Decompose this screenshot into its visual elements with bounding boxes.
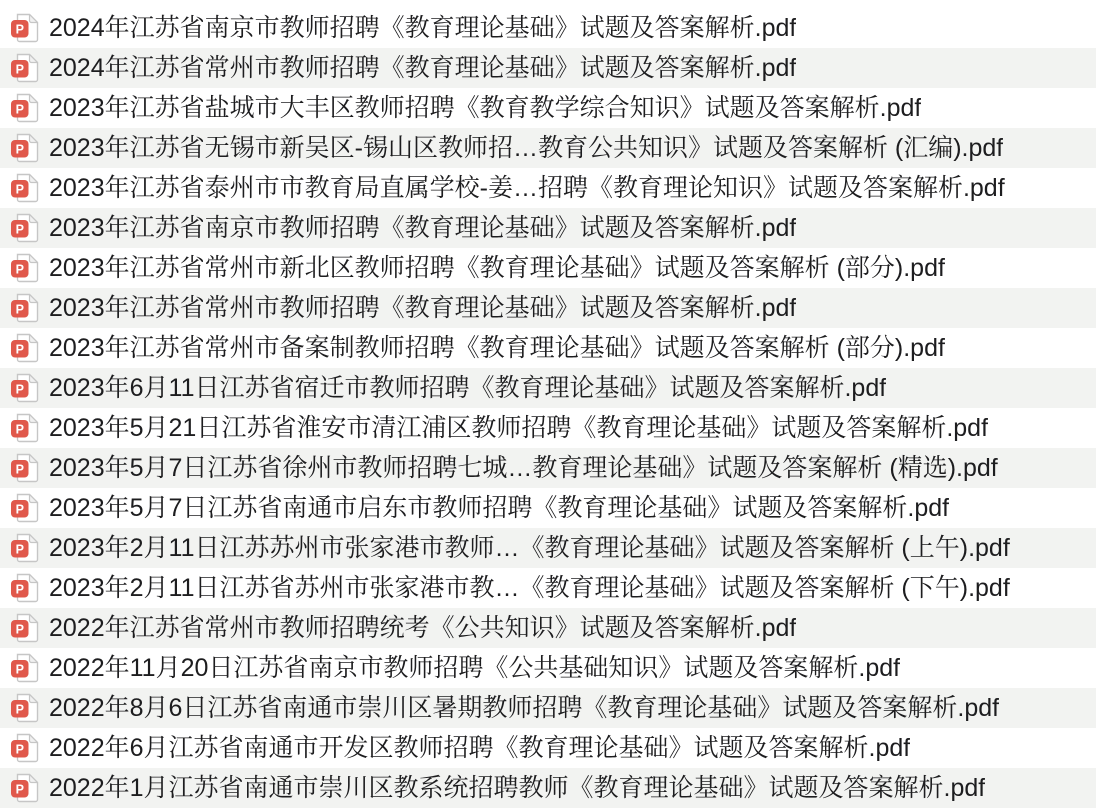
- file-row[interactable]: P 2022年1月江苏省南通市崇川区教系统招聘教师《教育理论基础》试题及答案解析…: [0, 768, 1096, 808]
- file-row[interactable]: P 2023年江苏省盐城市大丰区教师招聘《教育教学综合知识》试题及答案解析.pd…: [0, 88, 1096, 128]
- file-row[interactable]: P 2024年江苏省常州市教师招聘《教育理论基础》试题及答案解析.pdf: [0, 48, 1096, 88]
- file-name: 2023年江苏省无锡市新吴区-锡山区教师招…教育公共知识》试题及答案解析 (汇编…: [49, 128, 1003, 168]
- svg-text:P: P: [16, 103, 24, 117]
- pdf-file-icon: P: [10, 53, 40, 83]
- pdf-file-icon: P: [10, 293, 40, 323]
- pdf-file-icon: P: [10, 773, 40, 803]
- pdf-file-icon: P: [10, 213, 40, 243]
- pdf-file-icon: P: [10, 373, 40, 403]
- svg-text:P: P: [16, 63, 24, 77]
- file-name: 2023年5月7日江苏省南通市启东市教师招聘《教育理论基础》试题及答案解析.pd…: [49, 488, 949, 528]
- file-name: 2023年2月11日江苏省苏州市张家港市教…《教育理论基础》试题及答案解析 (下…: [49, 568, 1010, 608]
- file-name: 2023年5月21日江苏省淮安市清江浦区教师招聘《教育理论基础》试题及答案解析.…: [49, 408, 988, 448]
- file-name: 2023年江苏省常州市备案制教师招聘《教育理论基础》试题及答案解析 (部分).p…: [49, 328, 945, 368]
- pdf-file-icon: P: [10, 533, 40, 563]
- pdf-file-icon: P: [10, 493, 40, 523]
- file-name: 2022年江苏省常州市教师招聘统考《公共知识》试题及答案解析.pdf: [49, 608, 796, 648]
- pdf-file-icon: P: [10, 613, 40, 643]
- file-name: 2023年6月11日江苏省宿迁市教师招聘《教育理论基础》试题及答案解析.pdf: [49, 368, 886, 408]
- file-name: 2023年江苏省泰州市市教育局直属学校-姜…招聘《教育理论知识》试题及答案解析.…: [49, 168, 1005, 208]
- pdf-file-icon: P: [10, 573, 40, 603]
- file-name: 2022年6月江苏省南通市开发区教师招聘《教育理论基础》试题及答案解析.pdf: [49, 728, 910, 768]
- file-name: 2022年1月江苏省南通市崇川区教系统招聘教师《教育理论基础》试题及答案解析.p…: [49, 768, 985, 808]
- file-row[interactable]: P 2023年江苏省常州市备案制教师招聘《教育理论基础》试题及答案解析 (部分)…: [0, 328, 1096, 368]
- svg-text:P: P: [16, 343, 24, 357]
- svg-text:P: P: [16, 303, 24, 317]
- svg-text:P: P: [16, 383, 24, 397]
- file-name: 2022年8月6日江苏省南通市崇川区暑期教师招聘《教育理论基础》试题及答案解析.…: [49, 688, 999, 728]
- pdf-file-icon: P: [10, 413, 40, 443]
- file-row[interactable]: P 2023年6月11日江苏省宿迁市教师招聘《教育理论基础》试题及答案解析.pd…: [0, 368, 1096, 408]
- svg-text:P: P: [16, 223, 24, 237]
- pdf-file-icon: P: [10, 333, 40, 363]
- svg-text:P: P: [16, 143, 24, 157]
- file-name: 2023年5月7日江苏省徐州市教师招聘七城…教育理论基础》试题及答案解析 (精选…: [49, 448, 998, 488]
- file-name: 2023年江苏省南京市教师招聘《教育理论基础》试题及答案解析.pdf: [49, 208, 796, 248]
- svg-text:P: P: [16, 463, 24, 477]
- pdf-file-icon: P: [10, 253, 40, 283]
- svg-text:P: P: [16, 23, 24, 37]
- file-row[interactable]: P 2023年2月11日江苏苏州市张家港市教师…《教育理论基础》试题及答案解析 …: [0, 528, 1096, 568]
- svg-text:P: P: [16, 703, 24, 717]
- pdf-file-icon: P: [10, 133, 40, 163]
- file-row[interactable]: P 2023年江苏省无锡市新吴区-锡山区教师招…教育公共知识》试题及答案解析 (…: [0, 128, 1096, 168]
- file-name: 2023年2月11日江苏苏州市张家港市教师…《教育理论基础》试题及答案解析 (上…: [49, 528, 1010, 568]
- svg-text:P: P: [16, 543, 24, 557]
- finder-file-list-view: P 2024年江苏省南京市教师招聘《教育理论基础》试题及答案解析.pdf P 2…: [0, 0, 1096, 810]
- file-name: 2024年江苏省南京市教师招聘《教育理论基础》试题及答案解析.pdf: [49, 8, 796, 48]
- pdf-file-icon: P: [10, 653, 40, 683]
- svg-text:P: P: [16, 183, 24, 197]
- pdf-file-icon: P: [10, 693, 40, 723]
- svg-text:P: P: [16, 663, 24, 677]
- svg-text:P: P: [16, 503, 24, 517]
- svg-text:P: P: [16, 743, 24, 757]
- svg-text:P: P: [16, 623, 24, 637]
- file-row[interactable]: P 2023年江苏省常州市新北区教师招聘《教育理论基础》试题及答案解析 (部分)…: [0, 248, 1096, 288]
- pdf-file-icon: P: [10, 733, 40, 763]
- file-name: 2023年江苏省盐城市大丰区教师招聘《教育教学综合知识》试题及答案解析.pdf: [49, 88, 921, 128]
- file-row[interactable]: P 2022年8月6日江苏省南通市崇川区暑期教师招聘《教育理论基础》试题及答案解…: [0, 688, 1096, 728]
- file-row[interactable]: P 2022年江苏省常州市教师招聘统考《公共知识》试题及答案解析.pdf: [0, 608, 1096, 648]
- file-row[interactable]: P 2023年5月7日江苏省南通市启东市教师招聘《教育理论基础》试题及答案解析.…: [0, 488, 1096, 528]
- file-name: 2022年11月20日江苏省南京市教师招聘《公共基础知识》试题及答案解析.pdf: [49, 648, 900, 688]
- pdf-file-icon: P: [10, 13, 40, 43]
- file-row[interactable]: P 2023年江苏省南京市教师招聘《教育理论基础》试题及答案解析.pdf: [0, 208, 1096, 248]
- svg-text:P: P: [16, 783, 24, 797]
- file-row[interactable]: P 2023年江苏省常州市教师招聘《教育理论基础》试题及答案解析.pdf: [0, 288, 1096, 328]
- file-row[interactable]: P 2022年11月20日江苏省南京市教师招聘《公共基础知识》试题及答案解析.p…: [0, 648, 1096, 688]
- pdf-file-icon: P: [10, 93, 40, 123]
- file-name: 2023年江苏省常州市新北区教师招聘《教育理论基础》试题及答案解析 (部分).p…: [49, 248, 945, 288]
- pdf-file-icon: P: [10, 453, 40, 483]
- file-row[interactable]: P 2023年5月7日江苏省徐州市教师招聘七城…教育理论基础》试题及答案解析 (…: [0, 448, 1096, 488]
- file-name: 2024年江苏省常州市教师招聘《教育理论基础》试题及答案解析.pdf: [49, 48, 796, 88]
- file-row[interactable]: P 2023年江苏省泰州市市教育局直属学校-姜…招聘《教育理论知识》试题及答案解…: [0, 168, 1096, 208]
- pdf-file-icon: P: [10, 173, 40, 203]
- file-list: P 2024年江苏省南京市教师招聘《教育理论基础》试题及答案解析.pdf P 2…: [0, 0, 1096, 808]
- svg-text:P: P: [16, 583, 24, 597]
- file-row[interactable]: P 2022年6月江苏省南通市开发区教师招聘《教育理论基础》试题及答案解析.pd…: [0, 728, 1096, 768]
- svg-text:P: P: [16, 263, 24, 277]
- file-row[interactable]: P 2023年5月21日江苏省淮安市清江浦区教师招聘《教育理论基础》试题及答案解…: [0, 408, 1096, 448]
- file-row[interactable]: P 2024年江苏省南京市教师招聘《教育理论基础》试题及答案解析.pdf: [0, 8, 1096, 48]
- file-row[interactable]: P 2023年2月11日江苏省苏州市张家港市教…《教育理论基础》试题及答案解析 …: [0, 568, 1096, 608]
- file-name: 2023年江苏省常州市教师招聘《教育理论基础》试题及答案解析.pdf: [49, 288, 796, 328]
- svg-text:P: P: [16, 423, 24, 437]
